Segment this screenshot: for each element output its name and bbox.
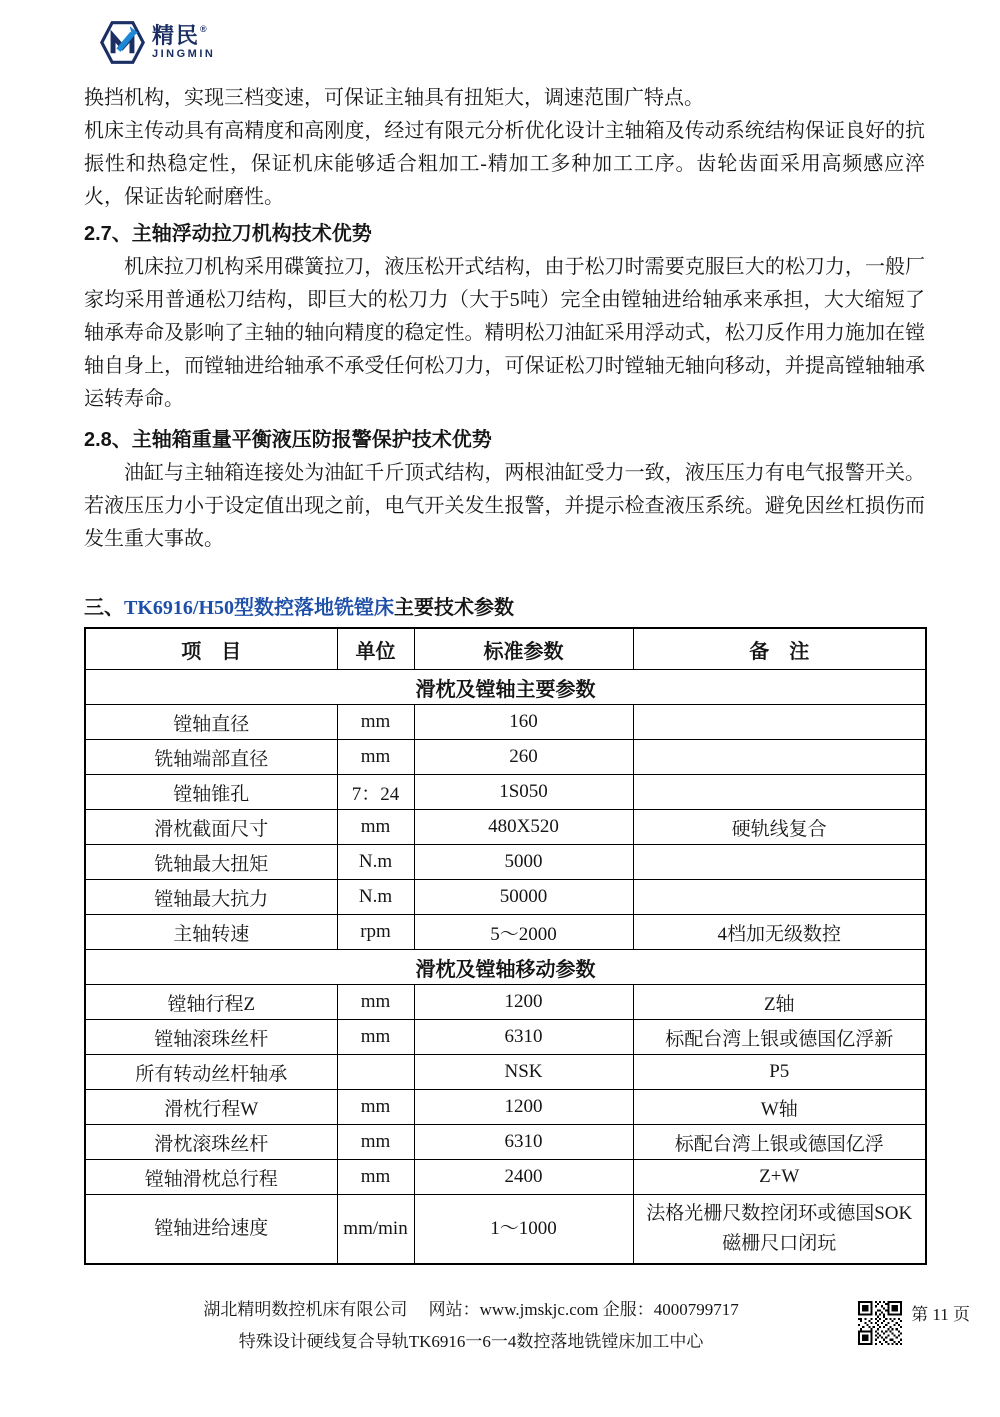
table-cell: N.m [337,880,414,915]
table-section-row: 滑枕及镗轴主要参数 [85,670,926,705]
table-row: 所有转动丝杆轴承NSKP5 [85,1055,926,1090]
table-cell: 所有转动丝杆轴承 [85,1055,337,1090]
heading-section-3: 三、TK6916/H50型数控落地铣镗床主要技术参数 [84,592,925,625]
table-row: 镗轴行程Zmm1200Z轴 [85,985,926,1020]
brand-logo-text: 精民® JINGMIN [152,25,215,60]
brand-name-en: JINGMIN [152,49,215,60]
footer-company-line: 湖北精明数控机床有限公司 网站：www.jmskjc.com 企服：400079… [84,1294,858,1326]
table-cell: mm [337,705,414,740]
paragraph-main-drive: 机床主传动具有高精度和高刚度，经过有限元分析优化设计主轴箱及传动系统结构保证良好… [84,115,925,214]
table-cell: mm/min [337,1195,414,1265]
table-cell: 2400 [414,1160,633,1195]
table-cell: 5000 [414,845,633,880]
brand-logo-icon [100,20,145,65]
paragraph-2-8-body: 油缸与主轴箱连接处为油缸千斤顶式结构，两根油缸受力一致，液压压力有电气报警开关。… [84,457,925,556]
table-cell [633,845,926,880]
table-cell: 镗轴滑枕总行程 [85,1160,337,1195]
table-cell: 镗轴直径 [85,705,337,740]
table-cell [337,1055,414,1090]
table-cell: 法格光栅尺数控闭环或德国SOK磁栅尺口闭玩 [633,1195,926,1265]
table-cell: 镗轴滚珠丝杆 [85,1020,337,1055]
table-row: 铣轴端部直径mm260 [85,740,926,775]
page-content: 换挡机构，实现三档变速，可保证主轴具有扭矩大，调速范围广特点。 机床主传动具有高… [84,82,925,1265]
table-cell: 5～2000 [414,915,633,950]
heading-2-7: 2.7、主轴浮动拉刀机构技术优势 [84,218,925,251]
page-number: 第 11 页 [911,1304,970,1326]
table-row: 镗轴直径mm160 [85,705,926,740]
table-cell: Z轴 [633,985,926,1020]
table-cell: 镗轴进给速度 [85,1195,337,1265]
table-cell: 镗轴锥孔 [85,775,337,810]
table-cell: NSK [414,1055,633,1090]
table-row: 滑枕行程Wmm1200W轴 [85,1090,926,1125]
table-row: 铣轴最大扭矩N.m5000 [85,845,926,880]
table-cell: 480X520 [414,810,633,845]
table-cell: 镗轴行程Z [85,985,337,1020]
table-row: 镗轴锥孔7：241S050 [85,775,926,810]
table-row: 镗轴最大抗力N.m50000 [85,880,926,915]
table-cell: 滑枕滚珠丝杆 [85,1125,337,1160]
table-cell: 硬轨线复合 [633,810,926,845]
table-cell: rpm [337,915,414,950]
footer-text: 湖北精明数控机床有限公司 网站：www.jmskjc.com 企服：400079… [84,1294,858,1358]
table-cell: 7：24 [337,775,414,810]
heading-section-3-prefix: 三、 [84,597,124,619]
table-cell: 1～1000 [414,1195,633,1265]
table-row: 主轴转速rpm5～20004档加无级数控 [85,915,926,950]
machine-model-highlight: TK6916/H50型数控落地铣镗床 [124,597,394,619]
column-header: 项 目 [85,628,337,670]
table-cell: 铣轴最大扭矩 [85,845,337,880]
table-cell [633,740,926,775]
table-row: 滑枕滚珠丝杆mm6310标配台湾上银或德国亿浮 [85,1125,926,1160]
table-cell: Z+W [633,1160,926,1195]
table-cell: 6310 [414,1020,633,1055]
table-cell: mm [337,1020,414,1055]
table-row: 镗轴进给速度mm/min1～1000法格光栅尺数控闭环或德国SOK磁栅尺口闭玩 [85,1195,926,1265]
table-cell [633,705,926,740]
table-cell: 6310 [414,1125,633,1160]
column-header: 备 注 [633,628,926,670]
table-cell: mm [337,1125,414,1160]
footer-product-line: 特殊设计硬线复合导轨TK6916一6一4数控落地铣镗床加工中心 [84,1326,858,1358]
table-cell [633,775,926,810]
table-cell: 50000 [414,880,633,915]
table-cell: 镗轴最大抗力 [85,880,337,915]
table-cell: 1200 [414,985,633,1020]
table-cell: 1200 [414,1090,633,1125]
table-header-row: 项 目单位标准参数备 注 [85,628,926,670]
column-header: 标准参数 [414,628,633,670]
table-section-row: 滑枕及镗轴移动参数 [85,950,926,985]
heading-section-3-suffix: 主要技术参数 [394,597,514,619]
table-cell: 标配台湾上银或德国亿浮新 [633,1020,926,1055]
table-cell: mm [337,1090,414,1125]
paragraph-2-7-body: 机床拉刀机构采用碟簧拉刀，液压松开式结构，由于松刀时需要克服巨大的松刀力，一般厂… [84,251,925,416]
table-row: 镗轴滚珠丝杆mm6310标配台湾上银或德国亿浮新 [85,1020,926,1055]
registered-mark: ® [200,24,209,34]
table-cell: mm [337,985,414,1020]
heading-2-8: 2.8、主轴箱重量平衡液压防报警保护技术优势 [84,424,925,457]
column-header: 单位 [337,628,414,670]
table-section-label: 滑枕及镗轴主要参数 [85,670,926,705]
table-cell: mm [337,1160,414,1195]
table-cell: mm [337,740,414,775]
table-cell: 滑枕截面尺寸 [85,810,337,845]
table-cell: 主轴转速 [85,915,337,950]
table-row: 滑枕截面尺寸mm480X520硬轨线复合 [85,810,926,845]
qr-code [858,1301,902,1345]
table-cell: N.m [337,845,414,880]
table-cell [633,880,926,915]
table-section-label: 滑枕及镗轴移动参数 [85,950,926,985]
table-cell: 260 [414,740,633,775]
spec-table: 项 目单位标准参数备 注 滑枕及镗轴主要参数镗轴直径mm160铣轴端部直径mm2… [84,627,927,1265]
table-cell: mm [337,810,414,845]
table-cell: 160 [414,705,633,740]
table-cell: W轴 [633,1090,926,1125]
page-footer: 湖北精明数控机床有限公司 网站：www.jmskjc.com 企服：400079… [84,1294,970,1358]
table-cell: 铣轴端部直径 [85,740,337,775]
brand-name-cn: 精民® [152,25,215,47]
brand-logo: 精民® JINGMIN [100,20,215,65]
document-page: 精民® JINGMIN 换挡机构，实现三档变速，可保证主轴具有扭矩大，调速范围广… [0,0,1000,1417]
table-cell: 滑枕行程W [85,1090,337,1125]
paragraph-gearshift: 换挡机构，实现三档变速，可保证主轴具有扭矩大，调速范围广特点。 [84,82,925,115]
table-cell: 标配台湾上银或德国亿浮 [633,1125,926,1160]
table-cell: P5 [633,1055,926,1090]
table-row: 镗轴滑枕总行程mm2400Z+W [85,1160,926,1195]
table-cell: 1S050 [414,775,633,810]
table-cell: 4档加无级数控 [633,915,926,950]
